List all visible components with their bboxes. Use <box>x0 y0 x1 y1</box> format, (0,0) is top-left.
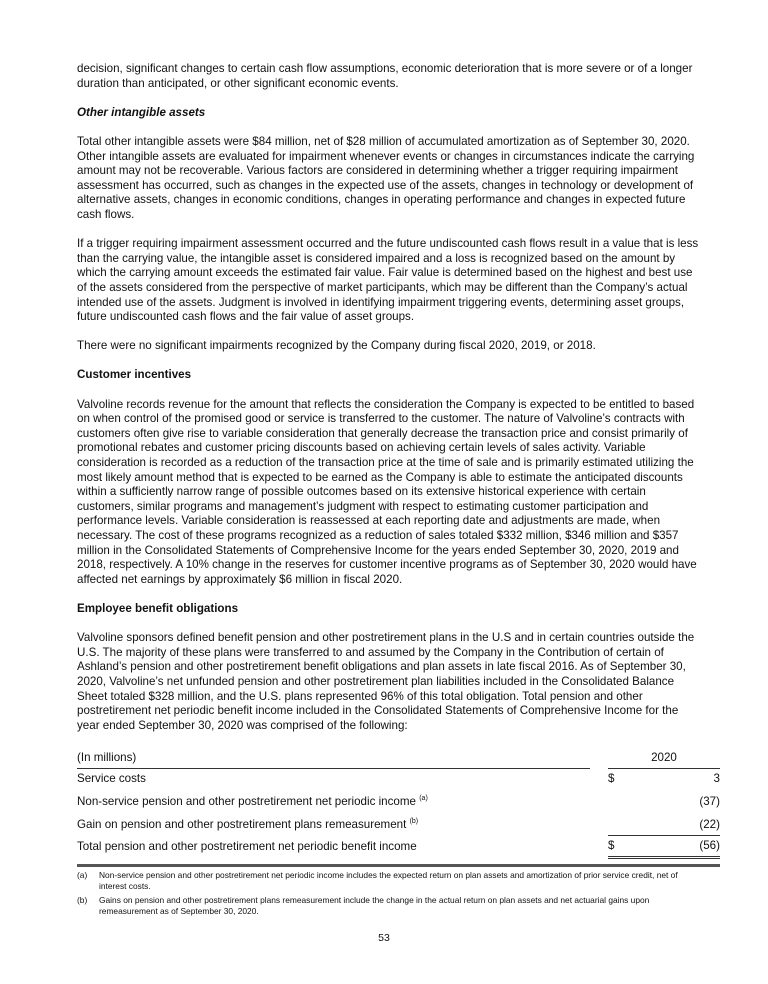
paragraph-customer-incentives: Valvoline records revenue for the amount… <box>77 398 702 588</box>
row-label: Non-service pension and other postretire… <box>77 795 416 808</box>
footnote-text: Gains on pension and other postretiremen… <box>99 895 702 917</box>
heading-other-intangible-assets: Other intangible assets <box>77 106 702 121</box>
heading-customer-incentives: Customer incentives <box>77 368 702 383</box>
row-currency: $ <box>608 835 628 857</box>
document-page: decision, significant changes to certain… <box>77 62 702 917</box>
row-currency <box>608 789 628 812</box>
heading-employee-benefit-obligations: Employee benefit obligations <box>77 602 702 617</box>
row-value: (56) <box>628 835 720 857</box>
table-row: Gain on pension and other postretirement… <box>77 812 720 835</box>
footnote: (a) Non-service pension and other postre… <box>77 870 702 892</box>
row-value: (22) <box>628 812 720 835</box>
row-label: Service costs <box>77 772 146 785</box>
page-number: 53 <box>0 932 768 944</box>
row-value: 3 <box>628 769 720 790</box>
row-currency: $ <box>608 769 628 790</box>
row-currency <box>608 812 628 835</box>
table-row: Service costs $ 3 <box>77 769 720 790</box>
header-year: 2020 <box>608 748 720 769</box>
footnote-ref: (a) <box>419 795 428 802</box>
header-label: (In millions) <box>77 748 590 769</box>
paragraph-employee-benefits: Valvoline sponsors defined benefit pensi… <box>77 631 702 733</box>
footnote-ref: (b) <box>410 818 419 825</box>
pension-income-table: (In millions) 2020 Service costs $ 3 Non… <box>77 748 720 859</box>
row-value: (37) <box>628 789 720 812</box>
table-bottom-rule <box>77 864 720 867</box>
footnote-mark: (b) <box>77 895 99 917</box>
table-header-row: (In millions) 2020 <box>77 748 720 769</box>
paragraph-impairment-trigger: If a trigger requiring impairment assess… <box>77 237 702 325</box>
row-label: Total pension and other postretirement n… <box>77 840 417 853</box>
footnote-text: Non-service pension and other postretire… <box>99 870 702 892</box>
row-label: Gain on pension and other postretirement… <box>77 818 406 831</box>
paragraph-intangible-assets: Total other intangible assets were $84 m… <box>77 135 702 223</box>
footnote-mark: (a) <box>77 870 99 892</box>
table-row: Non-service pension and other postretire… <box>77 789 720 812</box>
table-row-total: Total pension and other postretirement n… <box>77 835 720 857</box>
paragraph-no-impairments: There were no significant impairments re… <box>77 339 702 354</box>
paragraph-impairment-continued: decision, significant changes to certain… <box>77 62 702 91</box>
footnote: (b) Gains on pension and other postretir… <box>77 895 702 917</box>
